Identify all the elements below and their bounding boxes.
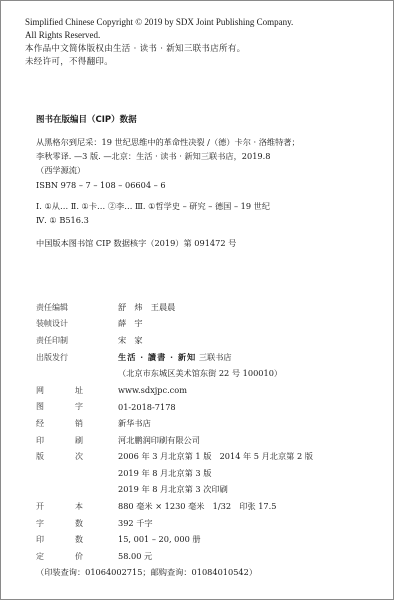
price: 58.00 元 [118,551,152,562]
inquiry-phones: （印装查询：01064002715；邮购查询：01084010542） [36,567,257,578]
isbn: ISBN 978 – 7 – 108 – 06604 – 6 [36,178,300,192]
credit-row: 责任编辑 舒 炜 王晨晨 [36,299,257,316]
publisher-address: （北京市东城区美术馆东街 22 号 100010） [118,368,282,379]
credit-label: 图字 [36,401,83,412]
credit-value: 01-2018-7178 [118,402,176,412]
edition-info: 2006 年 3 月北京第 1 版 2014 年 5 月北京第 2 版 [118,451,313,462]
credit-value: 生活 · 讀書 · 新知 三联书店 [118,352,232,363]
credit-row: 开本 880 毫米 × 1230 毫米 1/32 印张 17.5 [36,498,257,515]
cip-record: 从黑格尔到尼采：19 世纪思维中的革命性决裂 /（德）卡尔 · 洛维特著； 李秋… [36,135,300,192]
credit-row: 责任印制 宋 家 [36,332,257,349]
credit-row: 印刷 河北鹏润印刷有限公司 [36,432,257,449]
word-count: 392 千字 [118,518,153,529]
printing-info: 2019 年 8 月北京第 3 次印刷 [118,484,228,495]
credit-label: 定价 [36,551,83,562]
credit-row: 装帧设计 薛 宇 [36,316,257,333]
cip-classification: Ⅰ. ①从… Ⅱ. ①卡… ②李… Ⅲ. ①哲学史 – 研究 – 德国 – 19… [36,199,270,227]
cip-line: 从黑格尔到尼采：19 世纪思维中的革命性决裂 /（德）卡尔 · 洛维特著； [36,135,300,149]
credits-table: 责任编辑 舒 炜 王晨晨 装帧设计 薛 宇 责任印制 宋 家 出版发行 生活 ·… [36,299,257,581]
classification-line: Ⅳ. ① B516.3 [36,213,270,227]
inquiry-row: （印装查询：01064002715；邮购查询：01084010542） [36,565,257,582]
publisher-brand: 生活 · 讀書 · 新知 [118,352,196,362]
edition-info: 2019 年 8 月北京第 3 版 [118,468,211,479]
credit-row: 印数 15, 001 – 20, 000 册 [36,531,257,548]
website: www.sdxjpc.com [118,385,187,395]
cip-line: （西学源流） [36,163,300,177]
credit-row: 出版发行 生活 · 讀書 · 新知 三联书店 [36,349,257,366]
print-run: 15, 001 – 20, 000 册 [118,534,201,545]
cip-record-number: 中国版本图书馆 CIP 数据核字（2019）第 091472 号 [36,238,236,249]
credit-label: 字数 [36,518,83,529]
copyright-notice: Simplified Chinese Copyright © 2019 by S… [25,16,293,69]
rights-reserved: All Rights Reserved. [25,29,293,42]
credit-label: 责任编辑 [36,302,83,313]
cip-line: 李秋零译. —3 版. —北京：生活 · 读书 · 新知三联书店，2019.8 [36,149,300,163]
credit-label: 责任印制 [36,335,83,346]
credit-label: 出版发行 [36,352,83,363]
credit-label: 开本 [36,501,83,512]
credit-row: 版次 2006 年 3 月北京第 1 版 2014 年 5 月北京第 2 版 [36,448,257,465]
credit-row: （北京市东城区美术馆东街 22 号 100010） [36,365,257,382]
classification-line: Ⅰ. ①从… Ⅱ. ①卡… ②李… Ⅲ. ①哲学史 – 研究 – 德国 – 19… [36,199,270,213]
credit-label: 网址 [36,385,83,396]
credit-label: 印数 [36,534,83,545]
credit-row: 定价 58.00 元 [36,548,257,565]
credit-value: 宋 家 [118,335,143,346]
credit-row: 2019 年 8 月北京第 3 版 [36,465,257,482]
credit-value: 舒 炜 王晨晨 [118,302,175,313]
credit-row: 网址 www.sdxjpc.com [36,382,257,399]
credit-row: 字数 392 千字 [36,515,257,532]
credit-label: 印刷 [36,435,83,446]
copyright-line-en: Simplified Chinese Copyright © 2019 by S… [25,16,293,29]
no-reprint-notice: 未经许可，不得翻印。 [25,56,293,69]
credit-label: 经销 [36,418,83,429]
copyright-page: Simplified Chinese Copyright © 2019 by S… [0,0,394,600]
credit-row: 2019 年 8 月北京第 3 次印刷 [36,482,257,499]
credit-value: 河北鹏润印刷有限公司 [118,435,200,446]
format-info: 880 毫米 × 1230 毫米 1/32 印张 17.5 [118,501,276,512]
copyright-line-cn: 本作品中文简体版权由生活 · 读书 · 新知三联书店所有。 [25,43,293,56]
credit-label: 装帧设计 [36,318,83,329]
credit-row: 图字 01-2018-7178 [36,399,257,416]
credit-value: 薛 宇 [118,318,143,329]
credit-label: 版次 [36,451,83,462]
credit-row: 经销 新华书店 [36,415,257,432]
credit-value: 新华书店 [118,418,151,429]
cip-title: 图书在版编目（CIP）数据 [36,113,137,125]
